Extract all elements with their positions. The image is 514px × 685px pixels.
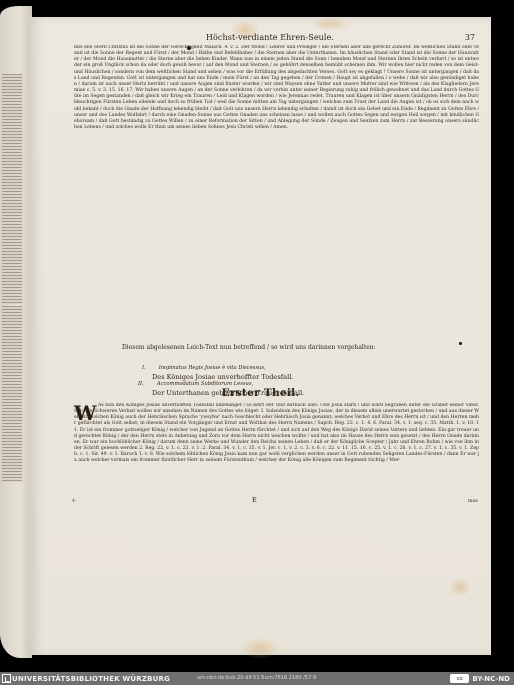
paper-stain xyxy=(240,637,280,659)
signature-mark: E xyxy=(252,496,257,504)
verso-text-block xyxy=(2,74,22,304)
urn-identifier[interactable]: urn:nbn:de:bvb:20-dlf-51-5urn:7616 2180 … xyxy=(197,675,316,681)
running-head: Höchst-verdiante Ehren-Seule. xyxy=(150,33,390,42)
paper-stain xyxy=(310,17,350,31)
license-text: BY-NC-ND xyxy=(472,675,510,683)
text-block-main: mel ehe Stern Christus ist die Sonne der… xyxy=(74,45,479,335)
institution-name: UNIVERSITÄTSBIBLIOTHEK WÜRZBURG xyxy=(12,675,170,683)
document-viewer: Höchst-verdiante Ehren-Seule. 37 mel ehe… xyxy=(0,0,514,672)
footer-bar: UNIVERSITÄTSBIBLIOTHEK WÜRZBURG urn:nbn:… xyxy=(0,672,514,685)
ink-spot xyxy=(459,342,462,345)
scanned-page: Höchst-verdiante Ehren-Seule. 37 mel ehe… xyxy=(30,17,491,655)
subtitle-line: Diesem abgelesenen Leich-Text nun betref… xyxy=(122,344,376,351)
creative-commons-icon: cc xyxy=(450,674,469,683)
library-logo-icon xyxy=(2,674,11,683)
page-number: 37 xyxy=(465,33,475,42)
institution-logo[interactable]: UNIVERSITÄTSBIBLIOTHEK WÜRZBURG xyxy=(2,674,170,683)
verso-page-edge xyxy=(0,6,32,658)
text-block-section: As nun den Königes Josiae unverhofften T… xyxy=(74,403,479,495)
license-link[interactable]: cc BY-NC-ND xyxy=(450,674,510,683)
catchword: mus xyxy=(468,499,478,504)
section-heading: Erster Theil. xyxy=(30,387,491,399)
verso-text-block-lower xyxy=(2,306,22,482)
margin-mark: 4- xyxy=(72,499,76,504)
paper-stain xyxy=(448,577,472,597)
